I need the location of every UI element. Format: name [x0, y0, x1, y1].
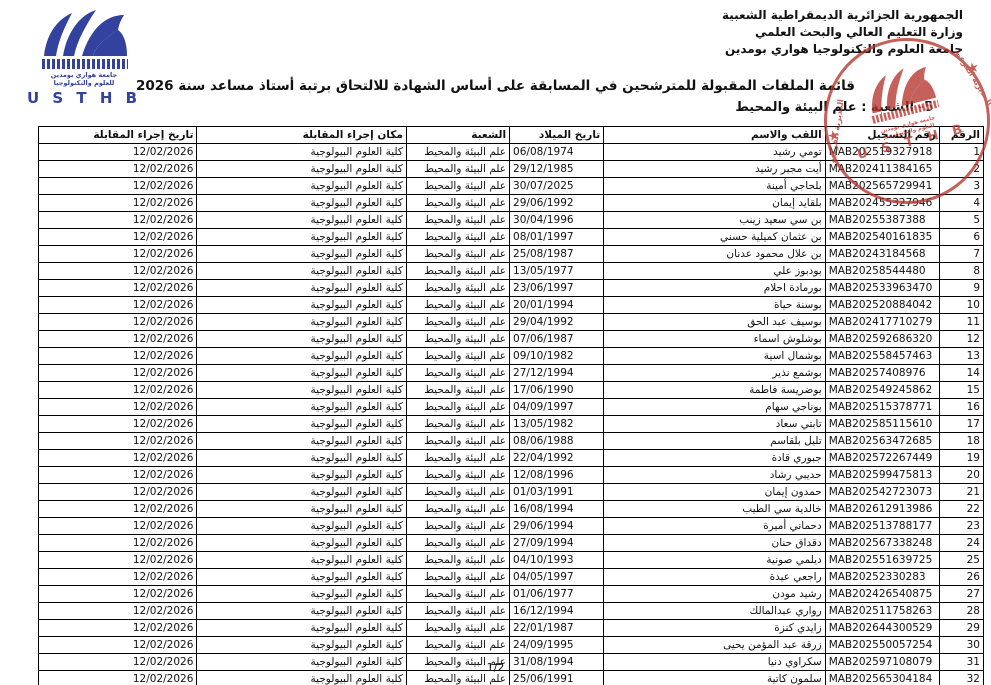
- cell-registration: MAB20243184568: [825, 246, 939, 263]
- cell-name: زرقة عبد المؤمن يحيى: [604, 637, 825, 654]
- cell-name: رواري عبدالمالك: [604, 603, 825, 620]
- cell-interview-place: كلية العلوم البيولوجية: [197, 161, 406, 178]
- page-number: 1/2: [0, 661, 991, 674]
- cell-number: 5: [939, 212, 983, 229]
- cell-birthdate: 27/12/1994: [510, 365, 604, 382]
- cell-interview-date: 12/02/2026: [39, 195, 197, 212]
- cell-interview-date: 12/02/2026: [39, 297, 197, 314]
- cell-interview-date: 12/02/2026: [39, 178, 197, 195]
- cell-specialty: علم البيئة والمحيط: [406, 467, 509, 484]
- cell-name: بلحاجي أمينة: [604, 178, 825, 195]
- cell-name: بوضريسة فاطمة: [604, 382, 825, 399]
- cell-number: 17: [939, 416, 983, 433]
- cell-birthdate: 29/06/1992: [510, 195, 604, 212]
- table-row: 24 MAB202567338248 دقداق حنان 27/09/1994…: [39, 535, 984, 552]
- cell-name: بورمادة احلام: [604, 280, 825, 297]
- cell-interview-date: 12/02/2026: [39, 348, 197, 365]
- cell-interview-date: 12/02/2026: [39, 331, 197, 348]
- cell-birthdate: 25/08/1987: [510, 246, 604, 263]
- cell-birthdate: 07/06/1987: [510, 331, 604, 348]
- table-row: 9 MAB202533963470 بورمادة احلام 23/06/19…: [39, 280, 984, 297]
- cell-name: خالدية سي الطيب: [604, 501, 825, 518]
- cell-name: زايدي كنزة: [604, 620, 825, 637]
- cell-interview-place: كلية العلوم البيولوجية: [197, 348, 406, 365]
- cell-interview-place: كلية العلوم البيولوجية: [197, 382, 406, 399]
- cell-interview-place: كلية العلوم البيولوجية: [197, 484, 406, 501]
- cell-interview-date: 12/02/2026: [39, 603, 197, 620]
- cell-number: 7: [939, 246, 983, 263]
- cell-registration: MAB202511758263: [825, 603, 939, 620]
- cell-registration: MAB202558457463: [825, 348, 939, 365]
- cell-number: 9: [939, 280, 983, 297]
- cell-interview-place: كلية العلوم البيولوجية: [197, 586, 406, 603]
- cell-registration: MAB202567338248: [825, 535, 939, 552]
- header-interview-date: تاريخ إجراء المقابلة: [39, 127, 197, 144]
- header-specialty: الشعبة: [406, 127, 509, 144]
- table-header-row: الرقم رقم التسجيل اللقب والاسم تاريخ الم…: [39, 127, 984, 144]
- cell-number: 14: [939, 365, 983, 382]
- cell-number: 4: [939, 195, 983, 212]
- table-row: 20 MAB202599475813 حديبي رشاد 12/08/1996…: [39, 467, 984, 484]
- table-row: 11 MAB202417710279 بوسيف عبد الحق 29/04/…: [39, 314, 984, 331]
- cell-birthdate: 22/01/1987: [510, 620, 604, 637]
- header-name: اللقب والاسم: [604, 127, 825, 144]
- table-row: 25 MAB202551639725 ديلمي صونية 04/10/199…: [39, 552, 984, 569]
- cell-interview-date: 12/02/2026: [39, 399, 197, 416]
- cell-registration: MAB202513788177: [825, 518, 939, 535]
- cell-number: 23: [939, 518, 983, 535]
- cell-registration: MAB202644300529: [825, 620, 939, 637]
- cell-name: راجعي عيدة: [604, 569, 825, 586]
- cell-specialty: علم البيئة والمحيط: [406, 382, 509, 399]
- usthb-logo-graphic: [32, 6, 136, 72]
- candidates-table: الرقم رقم التسجيل اللقب والاسم تاريخ الم…: [38, 126, 984, 685]
- cell-specialty: علم البيئة والمحيط: [406, 620, 509, 637]
- cell-interview-place: كلية العلوم البيولوجية: [197, 263, 406, 280]
- cell-interview-place: كلية العلوم البيولوجية: [197, 535, 406, 552]
- table-row: 15 MAB202549245862 بوضريسة فاطمة 17/06/1…: [39, 382, 984, 399]
- cell-interview-place: كلية العلوم البيولوجية: [197, 246, 406, 263]
- cell-birthdate: 29/04/1992: [510, 314, 604, 331]
- cell-interview-date: 12/02/2026: [39, 212, 197, 229]
- cell-specialty: علم البيئة والمحيط: [406, 365, 509, 382]
- cell-interview-date: 12/02/2026: [39, 229, 197, 246]
- cell-interview-date: 12/02/2026: [39, 501, 197, 518]
- header-registration: رقم التسجيل: [825, 127, 939, 144]
- cell-name: بوناجي سهام: [604, 399, 825, 416]
- cell-interview-place: كلية العلوم البيولوجية: [197, 501, 406, 518]
- cell-interview-date: 12/02/2026: [39, 586, 197, 603]
- cell-name: بن علال محمود عدنان: [604, 246, 825, 263]
- cell-number: 16: [939, 399, 983, 416]
- cell-birthdate: 27/09/1994: [510, 535, 604, 552]
- cell-birthdate: 01/03/1991: [510, 484, 604, 501]
- cell-registration: MAB202426540875: [825, 586, 939, 603]
- cell-registration: MAB202455327946: [825, 195, 939, 212]
- cell-specialty: علم البيئة والمحيط: [406, 603, 509, 620]
- cell-specialty: علم البيئة والمحيط: [406, 229, 509, 246]
- cell-birthdate: 09/10/1982: [510, 348, 604, 365]
- table-row: 29 MAB202644300529 زايدي كنزة 22/01/1987…: [39, 620, 984, 637]
- cell-specialty: علم البيئة والمحيط: [406, 144, 509, 161]
- specialty-line: 5- الشعبة : علم البيئة والمحيط: [735, 100, 933, 115]
- cell-interview-place: كلية العلوم البيولوجية: [197, 416, 406, 433]
- cell-number: 12: [939, 331, 983, 348]
- cell-name: بن سي سعيد زينب: [604, 212, 825, 229]
- country-line: الجمهورية الجزائرية الديمقراطية الشعبية: [722, 7, 963, 24]
- cell-number: 6: [939, 229, 983, 246]
- table-row: 26 MAB20252330283 راجعي عيدة 04/05/1997 …: [39, 569, 984, 586]
- table-row: 16 MAB202515378771 بوناجي سهام 04/09/199…: [39, 399, 984, 416]
- cell-registration: MAB20252330283: [825, 569, 939, 586]
- cell-name: بن عثمان كميلية حسني: [604, 229, 825, 246]
- table-row: 5 MAB20255387388 بن سي سعيد زينب 30/04/1…: [39, 212, 984, 229]
- cell-interview-place: كلية العلوم البيولوجية: [197, 144, 406, 161]
- cell-interview-date: 12/02/2026: [39, 382, 197, 399]
- cell-interview-place: كلية العلوم البيولوجية: [197, 637, 406, 654]
- header-birthdate: تاريخ الميلاد: [510, 127, 604, 144]
- cell-specialty: علم البيئة والمحيط: [406, 518, 509, 535]
- table-row: 17 MAB202585115610 تابتي سعاد 13/05/1982…: [39, 416, 984, 433]
- cell-registration: MAB202572267449: [825, 450, 939, 467]
- cell-birthdate: 22/04/1992: [510, 450, 604, 467]
- cell-birthdate: 13/05/1982: [510, 416, 604, 433]
- cell-registration: MAB20258544480: [825, 263, 939, 280]
- cell-registration: MAB202533963470: [825, 280, 939, 297]
- cell-specialty: علم البيئة والمحيط: [406, 484, 509, 501]
- cell-specialty: علم البيئة والمحيط: [406, 552, 509, 569]
- cell-specialty: علم البيئة والمحيط: [406, 314, 509, 331]
- cell-specialty: علم البيئة والمحيط: [406, 195, 509, 212]
- table-row: 14 MAB20257408976 بوشمع نذير 27/12/1994 …: [39, 365, 984, 382]
- cell-specialty: علم البيئة والمحيط: [406, 297, 509, 314]
- candidates-tbody: 1 MAB202519327918 تومي رشيد 06/08/1974 ع…: [39, 144, 984, 685]
- cell-number: 24: [939, 535, 983, 552]
- cell-specialty: علم البيئة والمحيط: [406, 433, 509, 450]
- cell-registration: MAB202592686320: [825, 331, 939, 348]
- table-row: 28 MAB202511758263 رواري عبدالمالك 16/12…: [39, 603, 984, 620]
- table-row: 4 MAB202455327946 بلقايد إيمان 29/06/199…: [39, 195, 984, 212]
- cell-name: دحماني أميرة: [604, 518, 825, 535]
- cell-name: جبوري قادة: [604, 450, 825, 467]
- cell-number: 20: [939, 467, 983, 484]
- cell-interview-date: 12/02/2026: [39, 552, 197, 569]
- cell-interview-date: 12/02/2026: [39, 246, 197, 263]
- cell-registration: MAB202411384165: [825, 161, 939, 178]
- cell-registration: MAB202585115610: [825, 416, 939, 433]
- cell-interview-date: 12/02/2026: [39, 416, 197, 433]
- cell-name: بوشمع نذير: [604, 365, 825, 382]
- cell-birthdate: 01/06/1977: [510, 586, 604, 603]
- cell-name: تابتي سعاد: [604, 416, 825, 433]
- cell-registration: MAB202520884042: [825, 297, 939, 314]
- cell-birthdate: 23/06/1997: [510, 280, 604, 297]
- cell-interview-place: كلية العلوم البيولوجية: [197, 467, 406, 484]
- cell-interview-date: 12/02/2026: [39, 144, 197, 161]
- cell-number: 27: [939, 586, 983, 603]
- cell-interview-place: كلية العلوم البيولوجية: [197, 620, 406, 637]
- cell-number: 18: [939, 433, 983, 450]
- header-number: الرقم: [939, 127, 983, 144]
- cell-specialty: علم البيئة والمحيط: [406, 416, 509, 433]
- document-title: قائمة الملفات المقبولة للمترشحين في المس…: [0, 78, 991, 94]
- cell-number: 13: [939, 348, 983, 365]
- cell-interview-place: كلية العلوم البيولوجية: [197, 212, 406, 229]
- cell-name: بوسيف عبد الحق: [604, 314, 825, 331]
- cell-interview-place: كلية العلوم البيولوجية: [197, 331, 406, 348]
- cell-interview-place: كلية العلوم البيولوجية: [197, 450, 406, 467]
- cell-interview-place: كلية العلوم البيولوجية: [197, 569, 406, 586]
- cell-specialty: علم البيئة والمحيط: [406, 637, 509, 654]
- table-row: 1 MAB202519327918 تومي رشيد 06/08/1974 ع…: [39, 144, 984, 161]
- cell-interview-date: 12/02/2026: [39, 467, 197, 484]
- cell-interview-date: 12/02/2026: [39, 620, 197, 637]
- cell-registration: MAB202417710279: [825, 314, 939, 331]
- cell-name: ديلمي صونية: [604, 552, 825, 569]
- table-row: 21 MAB202542723073 حمدون إيمان 01/03/199…: [39, 484, 984, 501]
- cell-specialty: علم البيئة والمحيط: [406, 263, 509, 280]
- cell-registration: MAB20257408976: [825, 365, 939, 382]
- cell-number: 30: [939, 637, 983, 654]
- cell-name: حمدون إيمان: [604, 484, 825, 501]
- cell-name: بوسنة حياة: [604, 297, 825, 314]
- star-icon: ★: [965, 59, 981, 78]
- cell-name: دقداق حنان: [604, 535, 825, 552]
- cell-specialty: علم البيئة والمحيط: [406, 161, 509, 178]
- cell-interview-date: 12/02/2026: [39, 637, 197, 654]
- cell-birthdate: 29/12/1985: [510, 161, 604, 178]
- table-row: 10 MAB202520884042 بوسنة حياة 20/01/1994…: [39, 297, 984, 314]
- cell-interview-place: كلية العلوم البيولوجية: [197, 195, 406, 212]
- government-header: الجمهورية الجزائرية الديمقراطية الشعبية …: [722, 7, 963, 58]
- table-row: 27 MAB202426540875 رشيد مودن 01/06/1977 …: [39, 586, 984, 603]
- cell-number: 8: [939, 263, 983, 280]
- cell-birthdate: 16/12/1994: [510, 603, 604, 620]
- cell-birthdate: 30/07/2025: [510, 178, 604, 195]
- cell-interview-date: 12/02/2026: [39, 484, 197, 501]
- cell-interview-place: كلية العلوم البيولوجية: [197, 229, 406, 246]
- table-row: 22 MAB202612913986 خالدية سي الطيب 16/08…: [39, 501, 984, 518]
- cell-number: 21: [939, 484, 983, 501]
- cell-birthdate: 29/06/1994: [510, 518, 604, 535]
- cell-number: 28: [939, 603, 983, 620]
- cell-registration: MAB202565729941: [825, 178, 939, 195]
- cell-interview-place: كلية العلوم البيولوجية: [197, 518, 406, 535]
- cell-interview-date: 12/02/2026: [39, 314, 197, 331]
- table-row: 12 MAB202592686320 بوشلوش اسماء 07/06/19…: [39, 331, 984, 348]
- table-row: 19 MAB202572267449 جبوري قادة 22/04/1992…: [39, 450, 984, 467]
- cell-specialty: علم البيئة والمحيط: [406, 586, 509, 603]
- cell-specialty: علم البيئة والمحيط: [406, 569, 509, 586]
- cell-registration: MAB202519327918: [825, 144, 939, 161]
- cell-name: بودبوز علي: [604, 263, 825, 280]
- cell-name: بلقايد إيمان: [604, 195, 825, 212]
- cell-interview-date: 12/02/2026: [39, 569, 197, 586]
- cell-interview-place: كلية العلوم البيولوجية: [197, 280, 406, 297]
- cell-specialty: علم البيئة والمحيط: [406, 535, 509, 552]
- header-interview-place: مكان إجراء المقابلة: [197, 127, 406, 144]
- cell-number: 22: [939, 501, 983, 518]
- cell-specialty: علم البيئة والمحيط: [406, 450, 509, 467]
- cell-registration: MAB202599475813: [825, 467, 939, 484]
- cell-number: 19: [939, 450, 983, 467]
- cell-registration: MAB202549245862: [825, 382, 939, 399]
- cell-registration: MAB20255387388: [825, 212, 939, 229]
- cell-name: أيت مجبر رشيد: [604, 161, 825, 178]
- cell-interview-place: كلية العلوم البيولوجية: [197, 297, 406, 314]
- cell-interview-place: كلية العلوم البيولوجية: [197, 314, 406, 331]
- cell-interview-place: كلية العلوم البيولوجية: [197, 433, 406, 450]
- cell-registration: MAB202612913986: [825, 501, 939, 518]
- cell-birthdate: 13/05/1977: [510, 263, 604, 280]
- cell-specialty: علم البيئة والمحيط: [406, 280, 509, 297]
- cell-registration: MAB202563472685: [825, 433, 939, 450]
- cell-number: 3: [939, 178, 983, 195]
- table-row: 23 MAB202513788177 دحماني أميرة 29/06/19…: [39, 518, 984, 535]
- cell-name: رشيد مودن: [604, 586, 825, 603]
- cell-interview-place: كلية العلوم البيولوجية: [197, 365, 406, 382]
- university-line: جامعة العلوم والتكنولوجيا هواري بومدين: [722, 41, 963, 58]
- cell-birthdate: 08/01/1997: [510, 229, 604, 246]
- cell-number: 1: [939, 144, 983, 161]
- cell-interview-place: كلية العلوم البيولوجية: [197, 178, 406, 195]
- cell-birthdate: 04/10/1993: [510, 552, 604, 569]
- cell-registration: MAB202540161835: [825, 229, 939, 246]
- table-row: 30 MAB202550057254 زرقة عبد المؤمن يحيى …: [39, 637, 984, 654]
- cell-birthdate: 04/09/1997: [510, 399, 604, 416]
- cell-interview-place: كلية العلوم البيولوجية: [197, 399, 406, 416]
- cell-specialty: علم البيئة والمحيط: [406, 246, 509, 263]
- cell-interview-date: 12/02/2026: [39, 518, 197, 535]
- table-row: 18 MAB202563472685 تليل بلقاسم 08/06/198…: [39, 433, 984, 450]
- cell-number: 25: [939, 552, 983, 569]
- cell-name: تومي رشيد: [604, 144, 825, 161]
- cell-registration: MAB202551639725: [825, 552, 939, 569]
- cell-interview-date: 12/02/2026: [39, 280, 197, 297]
- cell-name: تليل بلقاسم: [604, 433, 825, 450]
- cell-registration: MAB202515378771: [825, 399, 939, 416]
- cell-specialty: علم البيئة والمحيط: [406, 178, 509, 195]
- cell-interview-date: 12/02/2026: [39, 365, 197, 382]
- ministry-line: وزارة التعليم العالي والبحث العلمي: [722, 24, 963, 41]
- cell-interview-date: 12/02/2026: [39, 535, 197, 552]
- cell-interview-place: كلية العلوم البيولوجية: [197, 552, 406, 569]
- cell-registration: MAB202550057254: [825, 637, 939, 654]
- table-row: 13 MAB202558457463 بوشمال اسية 09/10/198…: [39, 348, 984, 365]
- cell-birthdate: 30/04/1996: [510, 212, 604, 229]
- cell-name: بوشلوش اسماء: [604, 331, 825, 348]
- cell-number: 2: [939, 161, 983, 178]
- cell-interview-place: كلية العلوم البيولوجية: [197, 603, 406, 620]
- table-row: 6 MAB202540161835 بن عثمان كميلية حسني 0…: [39, 229, 984, 246]
- cell-registration: MAB202542723073: [825, 484, 939, 501]
- cell-specialty: علم البيئة والمحيط: [406, 212, 509, 229]
- cell-birthdate: 17/06/1990: [510, 382, 604, 399]
- cell-birthdate: 04/05/1997: [510, 569, 604, 586]
- cell-birthdate: 24/09/1995: [510, 637, 604, 654]
- cell-birthdate: 20/01/1994: [510, 297, 604, 314]
- cell-interview-date: 12/02/2026: [39, 263, 197, 280]
- cell-number: 10: [939, 297, 983, 314]
- cell-number: 26: [939, 569, 983, 586]
- cell-specialty: علم البيئة والمحيط: [406, 501, 509, 518]
- cell-name: بوشمال اسية: [604, 348, 825, 365]
- cell-name: حديبي رشاد: [604, 467, 825, 484]
- cell-number: 15: [939, 382, 983, 399]
- cell-birthdate: 12/08/1996: [510, 467, 604, 484]
- cell-birthdate: 06/08/1974: [510, 144, 604, 161]
- cell-number: 29: [939, 620, 983, 637]
- cell-specialty: علم البيئة والمحيط: [406, 331, 509, 348]
- cell-specialty: علم البيئة والمحيط: [406, 399, 509, 416]
- cell-birthdate: 16/08/1994: [510, 501, 604, 518]
- cell-birthdate: 08/06/1988: [510, 433, 604, 450]
- table-row: 2 MAB202411384165 أيت مجبر رشيد 29/12/19…: [39, 161, 984, 178]
- table-row: 7 MAB20243184568 بن علال محمود عدنان 25/…: [39, 246, 984, 263]
- table-row: 3 MAB202565729941 بلحاجي أمينة 30/07/202…: [39, 178, 984, 195]
- table-row: 8 MAB20258544480 بودبوز علي 13/05/1977 ع…: [39, 263, 984, 280]
- cell-interview-date: 12/02/2026: [39, 161, 197, 178]
- cell-interview-date: 12/02/2026: [39, 433, 197, 450]
- cell-interview-date: 12/02/2026: [39, 450, 197, 467]
- cell-number: 11: [939, 314, 983, 331]
- cell-specialty: علم البيئة والمحيط: [406, 348, 509, 365]
